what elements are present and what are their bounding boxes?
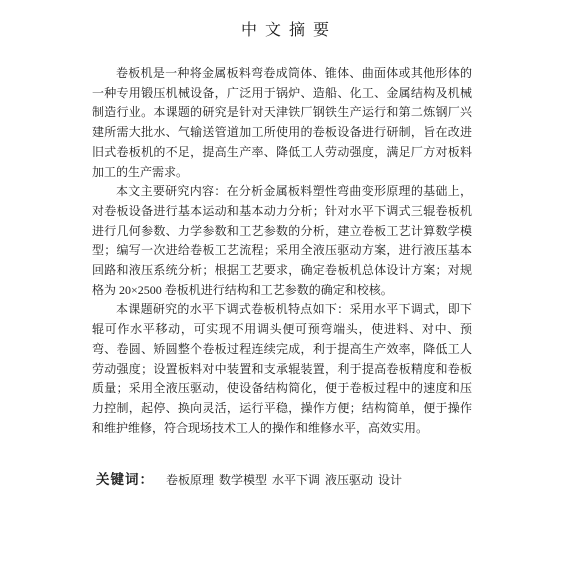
keywords-label: 关键词： [96, 472, 154, 487]
keywords-line: 关键词：卷板原理 数学模型 水平下调 液压驱动 设计 [96, 470, 536, 490]
keywords-text: 卷板原理 数学模型 水平下调 液压驱动 设计 [166, 473, 402, 487]
page-title: 中 文 摘 要 [0, 17, 572, 40]
abstract-paragraph-1: 卷板机是一种将金属板料弯卷成筒体、锥体、曲面体或其他形体的一种专用锻压机械设备，… [92, 64, 472, 182]
abstract-paragraph-2: 本文主要研究内容：在分析金属板料塑性弯曲变形原理的基础上，对卷板设备进行基本运动… [92, 182, 472, 300]
abstract-body: 卷板机是一种将金属板料弯卷成筒体、锥体、曲面体或其他形体的一种专用锻压机械设备，… [92, 64, 472, 438]
abstract-page: 中 文 摘 要 卷板机是一种将金属板料弯卷成筒体、锥体、曲面体或其他形体的一种专… [0, 0, 572, 575]
abstract-paragraph-3: 本课题研究的水平下调式卷板机特点如下：采用水平下调式，即下辊可作水平移动，可实现… [92, 300, 472, 438]
